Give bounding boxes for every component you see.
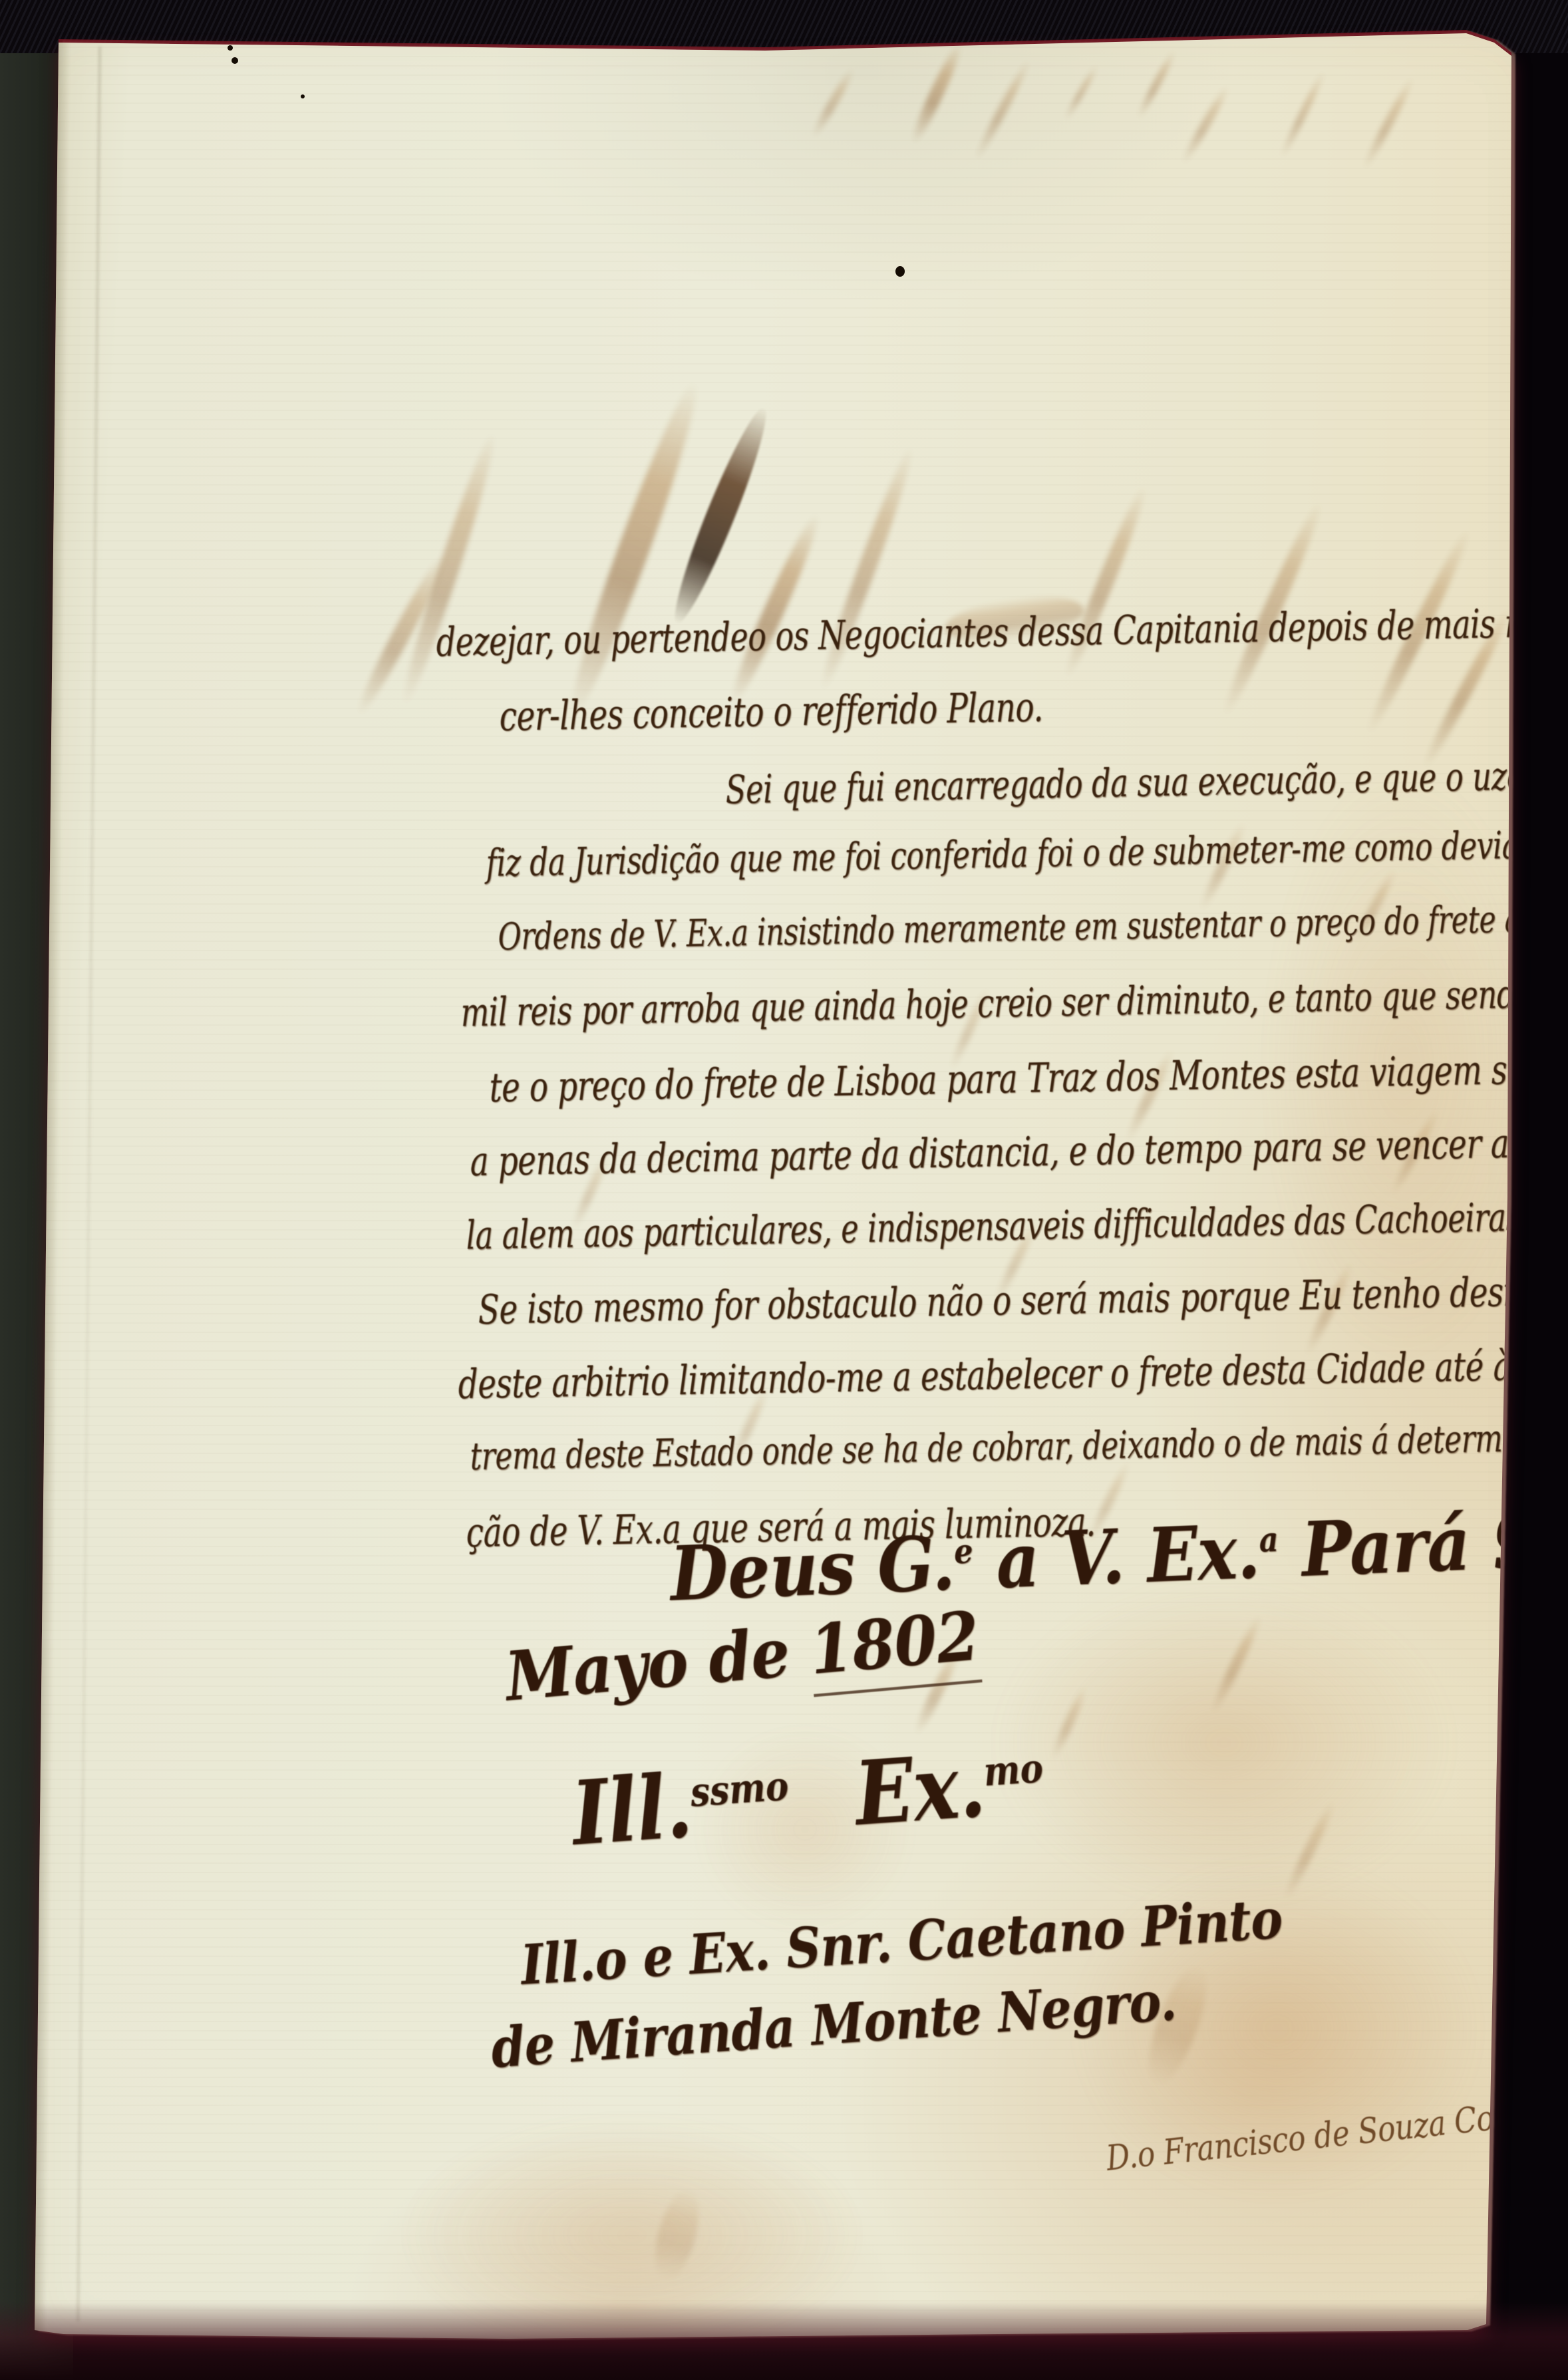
ink-bleed-stroke bbox=[1135, 49, 1178, 120]
ink-bleed-stroke bbox=[1278, 70, 1327, 160]
page-fold-crease bbox=[77, 47, 101, 2321]
honorific-text: Ill. bbox=[569, 1754, 695, 1865]
honorific-superscript: ssmo bbox=[689, 1763, 790, 1816]
manuscript-page: dezejar, ou pertendeo os Negociantes des… bbox=[0, 0, 1568, 2380]
ink-bleed-stroke bbox=[809, 67, 857, 140]
ink-speck bbox=[895, 266, 905, 277]
ink-speck bbox=[232, 57, 238, 64]
ink-bleed-stroke bbox=[1360, 76, 1416, 171]
page-left-edge bbox=[9, 40, 75, 2335]
closing-superscript: a bbox=[1258, 1520, 1279, 1560]
ink-speck bbox=[301, 94, 305, 98]
body-line: trema deste Estado onde se ha de cobrar,… bbox=[470, 1415, 1557, 1479]
date-month: Mayo de bbox=[502, 1611, 814, 1716]
manuscript-scan: dezejar, ou pertendeo os Negociantes des… bbox=[0, 0, 1568, 2380]
paper-shadow-wrap: dezejar, ou pertendeo os Negociantes des… bbox=[0, 0, 1568, 2380]
closing-superscript: e bbox=[953, 1531, 974, 1571]
honorific-superscript: mo bbox=[982, 1745, 1044, 1795]
ink-speck bbox=[228, 45, 233, 51]
honorific-text: Ex. bbox=[786, 1734, 988, 1851]
closing-text: Pará 9 de bbox=[1277, 1492, 1568, 1594]
scan-background-bottom-maroon bbox=[0, 2302, 1568, 2380]
ink-bleed-flourish bbox=[724, 510, 826, 706]
ink-bleed-stroke bbox=[907, 41, 966, 146]
body-line: deste arbitrio limitando-me a estabelece… bbox=[458, 1342, 1565, 1409]
body-line: cer-lhes conceito o refferido Plano. bbox=[499, 684, 1043, 741]
ink-bleed-flourish bbox=[559, 378, 708, 720]
closing-text: a V. Ex. bbox=[972, 1507, 1261, 1606]
ink-bleed-stroke bbox=[1179, 84, 1232, 166]
paper-stain bbox=[998, 1583, 1450, 1902]
ink-bleed-flourish bbox=[395, 430, 502, 708]
ink-bleed-stroke bbox=[1062, 64, 1100, 122]
ink-bleed-stroke bbox=[972, 58, 1033, 162]
address-honorific-flourish: Ill.ssmo Ex.mo bbox=[569, 1729, 1047, 1865]
date-year-underlined: 1802 bbox=[806, 1596, 982, 1697]
